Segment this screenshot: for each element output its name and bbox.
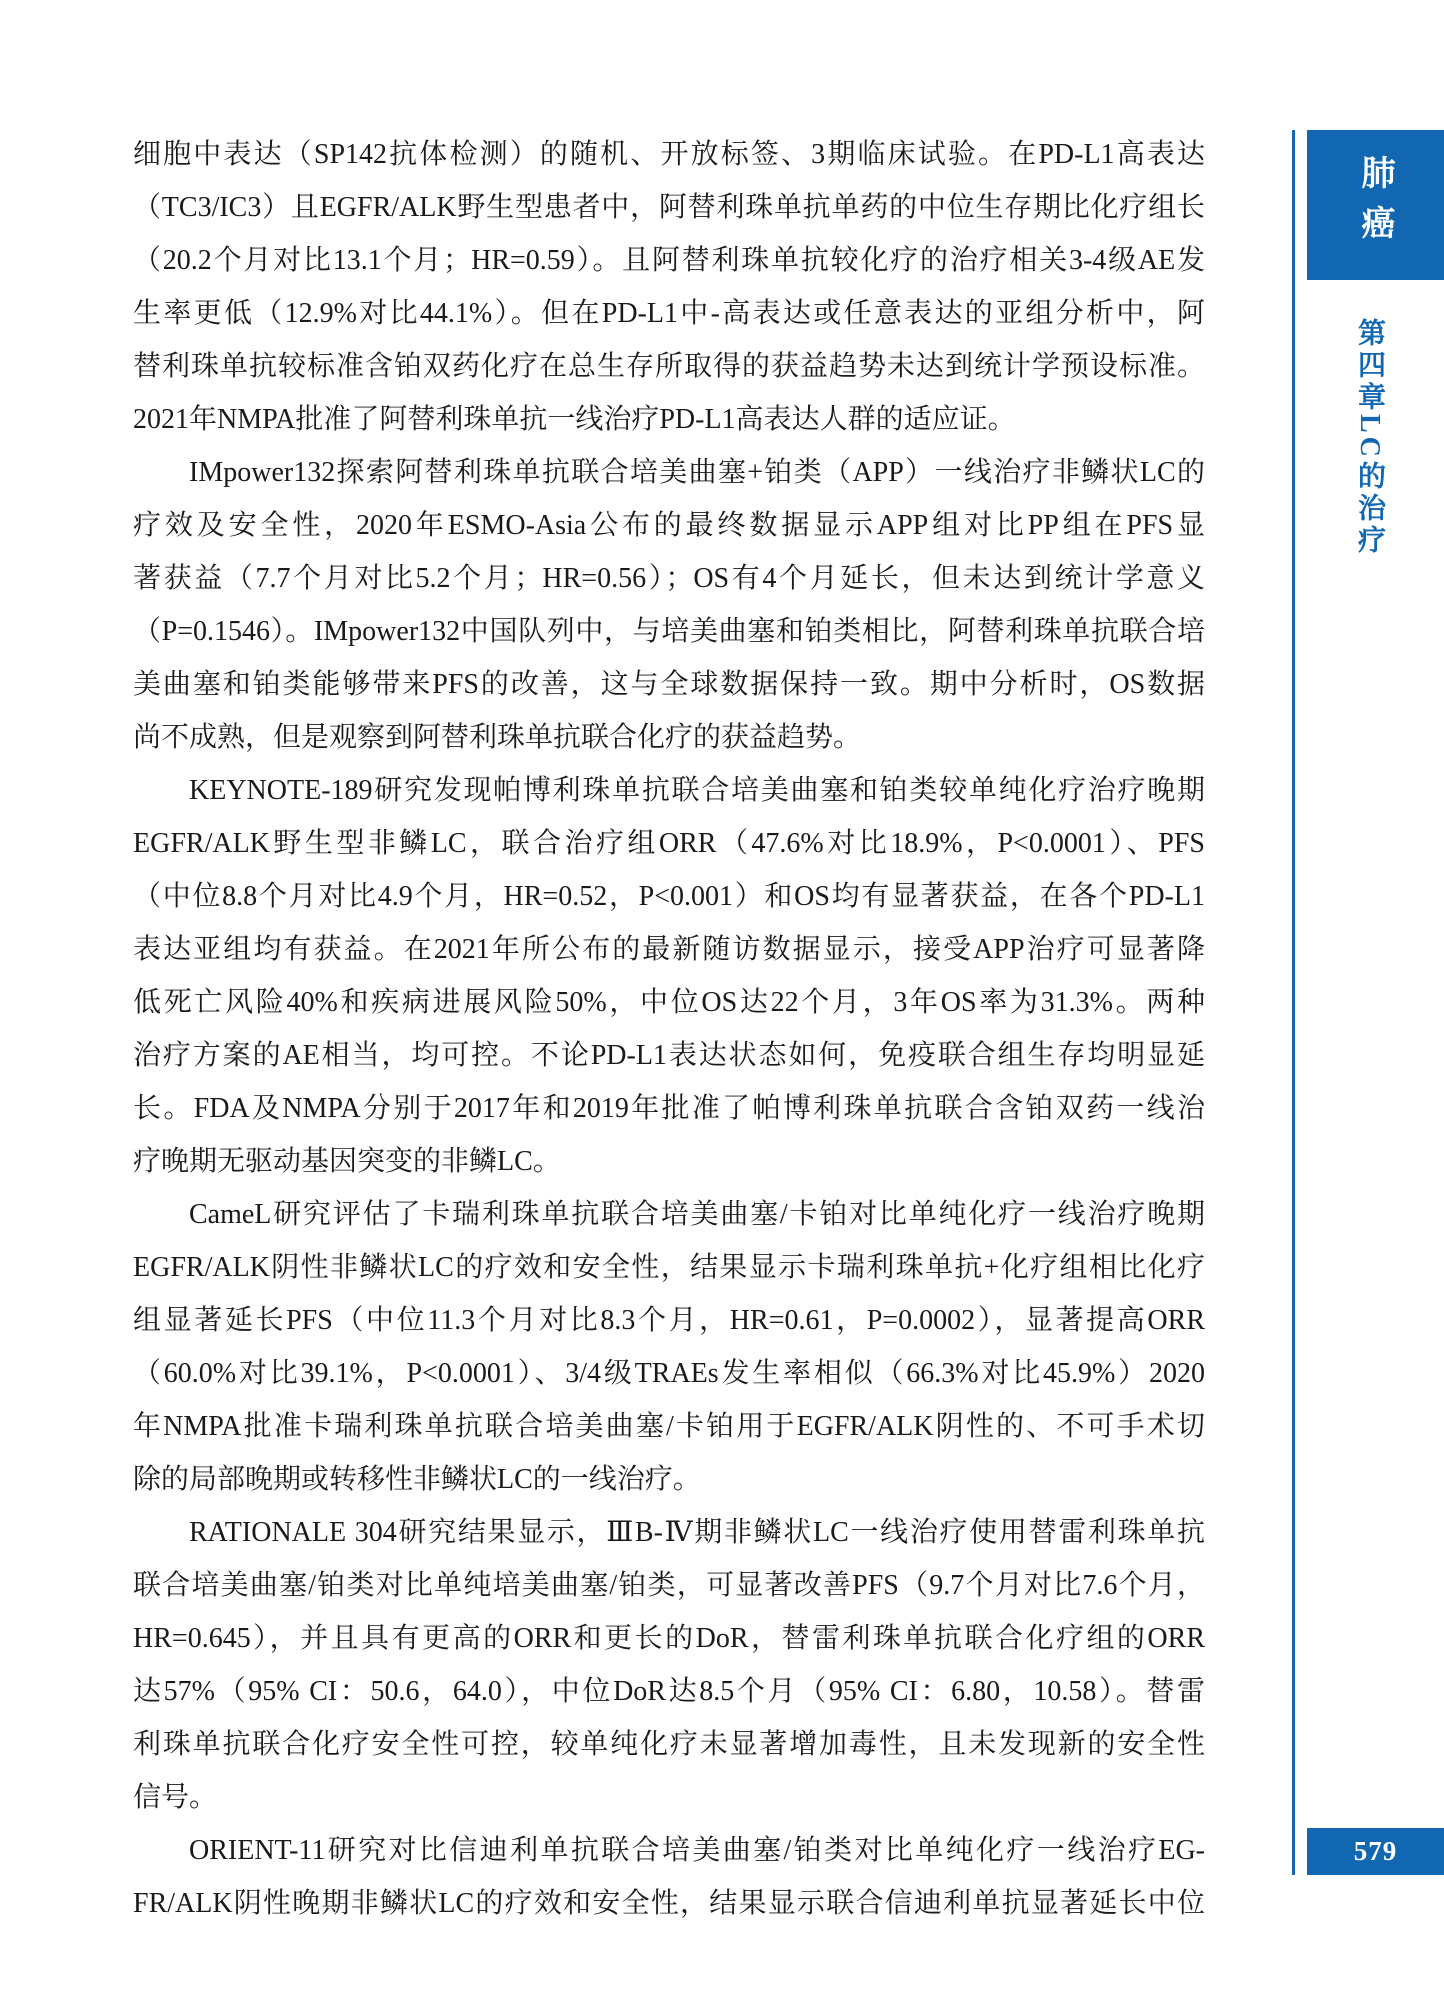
text-line: FR/ALK阴性晚期非鳞状LC的疗效和安全性，结果显示联合信迪利单抗显著延长中位 — [133, 1877, 1205, 1930]
text-line: 细胞中表达（SP142抗体检测）的随机、开放标签、3期临床试验。在PD-L1高表… — [133, 128, 1205, 181]
text-line: KEYNOTE-189研究发现帕博利珠单抗联合培美曲塞和铂类较单纯化疗治疗晚期 — [133, 764, 1205, 817]
text-line: 年NMPA批准卡瑞利珠单抗联合培美曲塞/卡铂用于EGFR/ALK阴性的、不可手术… — [133, 1400, 1205, 1453]
text-line: 疗效及安全性，2020年ESMO-Asia公布的最终数据显示APP组对比PP组在… — [133, 499, 1205, 552]
page-number-box: 579 — [1307, 1828, 1444, 1875]
chapter-title-label: LC的治疗 — [1354, 414, 1385, 557]
text-line: 尚不成熟，但是观察到阿替利珠单抗联合化疗的获益趋势。 — [133, 711, 1205, 764]
chapter-number-label: 第四章 — [1354, 318, 1385, 414]
text-line: RATIONALE 304研究结果显示，ⅢB-Ⅳ期非鳞状LC一线治疗使用替雷利珠… — [133, 1506, 1205, 1559]
text-line: 联合培美曲塞/铂类对比单纯培美曲塞/铂类，可显著改善PFS（9.7个月对比7.6… — [133, 1559, 1205, 1612]
body-text: 细胞中表达（SP142抗体检测）的随机、开放标签、3期临床试验。在PD-L1高表… — [133, 128, 1205, 1930]
text-line: 长。FDA及NMPA分别于2017年和2019年批准了帕博利珠单抗联合含铂双药一… — [133, 1082, 1205, 1135]
text-line: （60.0%对比39.1%，P<0.0001）、3/4级TRAEs发生率相似（6… — [133, 1347, 1205, 1400]
book-page: 细胞中表达（SP142抗体检测）的随机、开放标签、3期临床试验。在PD-L1高表… — [0, 0, 1444, 2010]
text-line: 达57%（95% CI：50.6，64.0），中位DoR达8.5个月（95% C… — [133, 1665, 1205, 1718]
text-line: 表达亚组均有获益。在2021年所公布的最新随访数据显示，接受APP治疗可显著降 — [133, 923, 1205, 976]
page-number-label: 579 — [1354, 1836, 1398, 1867]
book-title-label: 肺癌 — [1351, 155, 1400, 255]
text-line: （中位8.8个月对比4.9个月，HR=0.52，P<0.001）和OS均有显著获… — [133, 870, 1205, 923]
text-line: 疗晚期无驱动基因突变的非鳞LC。 — [133, 1135, 1205, 1188]
text-line: 组显著延长PFS（中位11.3个月对比8.3个月，HR=0.61，P=0.000… — [133, 1294, 1205, 1347]
text-line: 除的局部晚期或转移性非鳞状LC的一线治疗。 — [133, 1453, 1205, 1506]
text-line: EGFR/ALK阴性非鳞状LC的疗效和安全性，结果显示卡瑞利珠单抗+化疗组相比化… — [133, 1241, 1205, 1294]
text-line: EGFR/ALK野生型非鳞LC，联合治疗组ORR（47.6%对比18.9%，P<… — [133, 817, 1205, 870]
text-line: IMpower132探索阿替利珠单抗联合培美曲塞+铂类（APP）一线治疗非鳞状L… — [133, 446, 1205, 499]
text-line: 生率更低（12.9%对比44.1%）。但在PD-L1中-高表达或任意表达的亚组分… — [133, 287, 1205, 340]
text-line: （TC3/IC3）且EGFR/ALK野生型患者中，阿替利珠单抗单药的中位生存期比… — [133, 181, 1205, 234]
text-line: （P=0.1546）。IMpower132中国队列中，与培美曲塞和铂类相比，阿替… — [133, 605, 1205, 658]
text-line: 信号。 — [133, 1771, 1205, 1824]
text-line: 美曲塞和铂类能够带来PFS的改善，这与全球数据保持一致。期中分析时，OS数据 — [133, 658, 1205, 711]
text-line: 利珠单抗联合化疗安全性可控，较单纯化疗未显著增加毒性，且未发现新的安全性 — [133, 1718, 1205, 1771]
text-line: 著获益（7.7个月对比5.2个月；HR=0.56）；OS有4个月延长，但未达到统… — [133, 552, 1205, 605]
chapter-heading: 第四章LC的治疗 — [1340, 318, 1398, 578]
text-line: HR=0.645），并且具有更高的ORR和更长的DoR，替雷利珠单抗联合化疗组的… — [133, 1612, 1205, 1665]
text-line: （20.2个月对比13.1个月；HR=0.59）。且阿替利珠单抗较化疗的治疗相关… — [133, 234, 1205, 287]
text-line: ORIENT-11研究对比信迪利单抗联合培美曲塞/铂类对比单纯化疗一线治疗EG- — [133, 1824, 1205, 1877]
chapter-heading-text: 第四章LC的治疗 — [1349, 318, 1389, 578]
text-line: 低死亡风险40%和疾病进展风险50%，中位OS达22个月，3年OS率为31.3%… — [133, 976, 1205, 1029]
sidebar-rule — [1292, 130, 1295, 1875]
text-line: 治疗方案的AE相当，均可控。不论PD-L1表达状态如何，免疫联合组生存均明显延 — [133, 1029, 1205, 1082]
chapter-tab: 肺癌 — [1307, 130, 1444, 280]
text-line: CameL研究评估了卡瑞利珠单抗联合培美曲塞/卡铂对比单纯化疗一线治疗晚期 — [133, 1188, 1205, 1241]
text-line: 替利珠单抗较标准含铂双药化疗在总生存所取得的获益趋势未达到统计学预设标准。 — [133, 340, 1205, 393]
text-line: 2021年NMPA批准了阿替利珠单抗一线治疗PD-L1高表达人群的适应证。 — [133, 393, 1205, 446]
